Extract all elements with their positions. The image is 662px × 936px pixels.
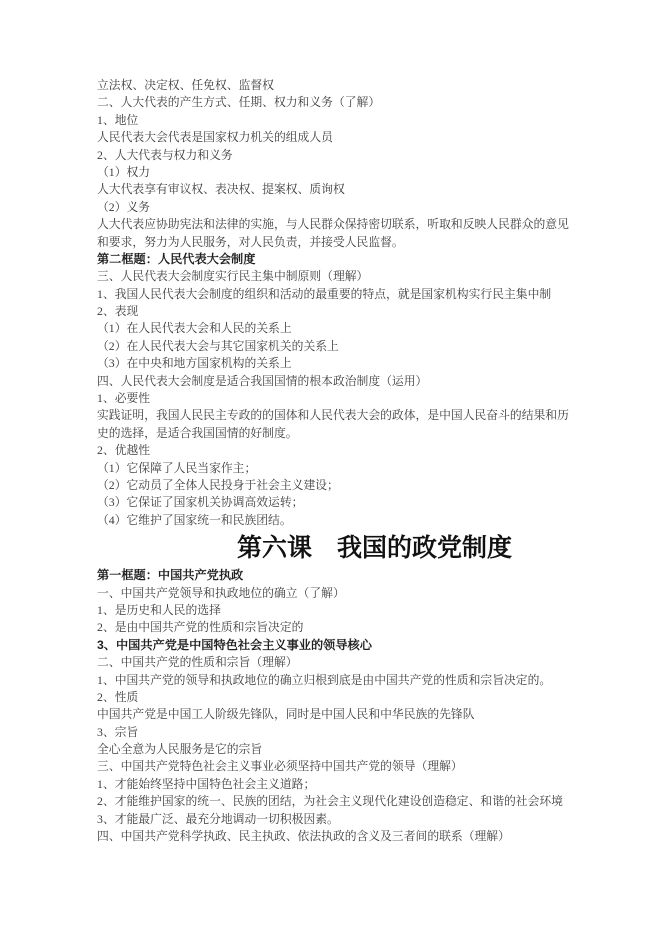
text-line: 四、中国共产党科学执政、民主执政、依法执政的含义及三者间的联系（理解） <box>97 828 582 845</box>
text-line: 3、宗旨 <box>97 724 582 741</box>
text-line: 1、才能始终坚持中国特色社会主义道路； <box>97 776 582 793</box>
text-line: （2）它动员了全体人民投身于社会主义建设； <box>97 477 582 494</box>
text-line: 史的选择，是适合我国国情的好制度。 <box>97 425 582 442</box>
text-line: 2、优越性 <box>97 442 582 459</box>
text-line: （1）在人民代表大会和人民的关系上 <box>97 320 582 337</box>
text-line: 人大代表享有审议权、表决权、提案权、质询权 <box>97 181 582 198</box>
text-line: 二、中国共产党的性质和宗旨（理解） <box>97 654 582 671</box>
part1: 立法权、决定权、任免权、监督权二、人大代表的产生方式、任期、权力和义务（了解）1… <box>97 77 582 529</box>
text-line: 1、中国共产党的领导和执政地位的确立归根到底是由中国共产党的性质和宗旨决定的。 <box>97 672 582 689</box>
subheading-line: 第二框题：人民代表大会制度 <box>97 251 582 268</box>
text-line: （1）它保障了人民当家作主； <box>97 460 582 477</box>
text-line: （2）义务 <box>97 199 582 216</box>
text-line: 1、我国人民代表大会制度的组织和活动的最重要的特点，就是国家机构实行民主集中制 <box>97 286 582 303</box>
text-line: 1、必要性 <box>97 390 582 407</box>
text-line: 二、人大代表的产生方式、任期、权力和义务（了解） <box>97 94 582 111</box>
subheading-line: 3、中国共产党是中国特色社会主义事业的领导核心 <box>97 637 582 654</box>
text-line: 实践证明，我国人民民主专政的的国体和人民代表大会的政体，是中国人民奋斗的结果和历 <box>97 407 582 424</box>
text-line: （4）它维护了国家统一和民族团结。 <box>97 512 582 529</box>
chapter-heading: 第六课 我国的政党制度 <box>97 529 582 567</box>
text-line: 三、人民代表大会制度实行民主集中制原则（理解） <box>97 268 582 285</box>
text-line: 2、人大代表与权力和义务 <box>97 147 582 164</box>
text-line: 三、中国共产党特色社会主义事业必须坚持中国共产党的领导（理解） <box>97 758 582 775</box>
text-line: 2、性质 <box>97 689 582 706</box>
document-content: 立法权、决定权、任免权、监督权二、人大代表的产生方式、任期、权力和义务（了解）1… <box>97 77 582 845</box>
text-line: 中国共产党是中国工人阶级先锋队，同时是中国人民和中华民族的先锋队 <box>97 706 582 723</box>
text-line: （3）在中央和地方国家机构的关系上 <box>97 355 582 372</box>
text-line: 和要求，努力为人民服务，对人民负责，并接受人民监督。 <box>97 234 582 251</box>
part2: 第一框题：中国共产党执政一、中国共产党领导和执政地位的确立（了解）1、是历史和人… <box>97 567 582 845</box>
text-line: （3）它保证了国家机关协调高效运转； <box>97 494 582 511</box>
text-line: 1、是历史和人民的选择 <box>97 602 582 619</box>
text-line: （2）在人民代表大会与其它国家机关的关系上 <box>97 338 582 355</box>
text-line: 一、中国共产党领导和执政地位的确立（了解） <box>97 585 582 602</box>
text-line: 立法权、决定权、任免权、监督权 <box>97 77 582 94</box>
subheading-line: 第一框题：中国共产党执政 <box>97 567 582 584</box>
text-line: 2、才能维护国家的统一、民族的团结，为社会主义现代化建设创造稳定、和谐的社会环境 <box>97 793 582 810</box>
text-line: 2、是由中国共产党的性质和宗旨决定的 <box>97 619 582 636</box>
text-line: 四、人民代表大会制度是适合我国国情的根本政治制度（运用） <box>97 373 582 390</box>
text-line: 人大代表应协助宪法和法律的实施，与人民群众保持密切联系，听取和反映人民群众的意见 <box>97 216 582 233</box>
text-line: 人民代表大会代表是国家权力机关的组成人员 <box>97 129 582 146</box>
text-line: （1）权力 <box>97 164 582 181</box>
document-page: 立法权、决定权、任免权、监督权二、人大代表的产生方式、任期、权力和义务（了解）1… <box>0 0 662 936</box>
text-line: 1、地位 <box>97 112 582 129</box>
text-line: 3、才能最广泛、最充分地调动一切积极因素。 <box>97 811 582 828</box>
text-line: 全心全意为人民服务是它的宗旨 <box>97 741 582 758</box>
text-line: 2、表现 <box>97 303 582 320</box>
